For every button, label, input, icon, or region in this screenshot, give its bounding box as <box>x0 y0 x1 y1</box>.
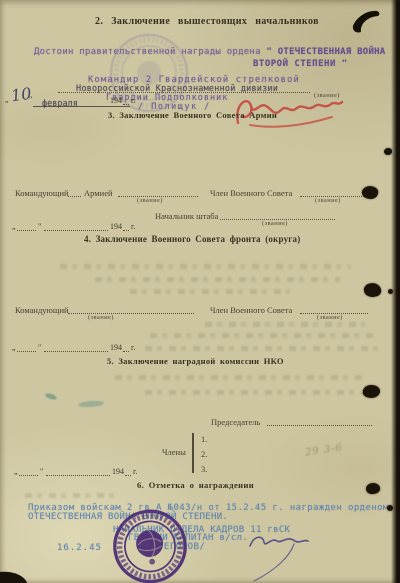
award-sheet-scan: 2. Заключение вышестоящих начальников До… <box>0 0 400 583</box>
dotted-line <box>68 312 194 314</box>
section3-heading: 3. Заключение Военного Совета Армии <box>108 110 277 120</box>
official-seal-icon <box>108 504 192 583</box>
award-line-1: Достоин правительственной награды ордена… <box>34 47 385 57</box>
year-printed: 194 <box>112 467 124 476</box>
dotted-line <box>267 424 372 426</box>
open-quote: „ <box>12 222 16 231</box>
signature-blue <box>238 528 328 583</box>
members-label: Члены <box>162 447 186 457</box>
rank-hint: (звание) <box>317 314 343 321</box>
bleedthrough-line <box>25 493 115 498</box>
rank-hint: (звание) <box>262 220 288 227</box>
rank-hint: (звание) <box>88 314 114 321</box>
stamp-date: 16.2.45 <box>57 543 102 553</box>
section2-heading: 2. Заключение вышестоящих начальников <box>95 16 319 27</box>
members-brace <box>192 433 194 473</box>
close-quote: " <box>40 467 43 476</box>
paper-hole <box>362 384 381 399</box>
bleedthrough-line <box>60 264 350 269</box>
bleedthrough-line <box>115 375 365 380</box>
dotted-line <box>44 350 108 352</box>
bleedthrough-line <box>130 289 290 294</box>
year-printed: 194 <box>110 343 122 352</box>
member-number-1: 1. <box>201 434 207 444</box>
member-number-2: 2. <box>201 449 207 459</box>
close-quote: " <box>38 222 41 231</box>
army-label: Армией <box>84 188 113 198</box>
open-quote: „ <box>14 467 18 476</box>
year-g: г. <box>133 467 137 476</box>
bleedthrough-line <box>145 346 383 351</box>
scan-edge-right <box>391 0 400 583</box>
pencil-note: 29 3-6 <box>304 442 343 458</box>
year-printed: 194 <box>110 222 122 231</box>
scan-edge-corner <box>0 570 28 583</box>
award-line-2: ВТОРОЙ СТЕПЕНИ " <box>253 59 348 69</box>
dotted-line <box>125 474 131 476</box>
dotted-line <box>46 474 110 476</box>
ink-smudge <box>78 400 104 408</box>
chairman-label: Председатель <box>211 417 260 427</box>
typed-month: февраля <box>42 99 78 109</box>
dotted-line <box>123 103 129 105</box>
section5-heading: 5. Заключение наградной комиссии НКО <box>107 356 284 366</box>
rank-hint: (звание) <box>137 197 163 204</box>
award-text: Достоин правительственной награды ордена <box>34 47 261 57</box>
chief-of-staff-label: Начальник штаба <box>155 211 218 221</box>
council-member-label: Член Военного Совета <box>210 188 292 198</box>
close-quote: " <box>38 343 41 352</box>
paper-hole <box>365 482 381 496</box>
bleedthrough-line <box>145 390 365 395</box>
dotted-line <box>68 195 81 197</box>
dotted-line <box>123 229 129 231</box>
open-quote: „ <box>12 343 16 352</box>
year-g: г. <box>131 343 135 352</box>
year-printed: 194 <box>110 96 122 105</box>
bleedthrough-line <box>95 277 340 282</box>
council-member-label: Член Военного Совета <box>210 305 292 315</box>
section6-heading: 6. Отметка о награждении <box>137 480 254 490</box>
year-g: г. <box>131 222 135 231</box>
paper-tear-mark <box>352 10 382 38</box>
paper-hole <box>361 184 380 201</box>
paper-hole <box>363 282 382 299</box>
dotted-line <box>123 350 129 352</box>
section4-heading: 4. Заключение Военного Совета фронта (ок… <box>84 234 300 244</box>
commander-label: Командующий <box>15 305 69 315</box>
dotted-line <box>17 350 36 352</box>
commander-label: Командующий <box>15 188 69 198</box>
year-g: г. <box>131 96 135 105</box>
member-number-3: 3. <box>201 464 207 474</box>
bleedthrough-line <box>150 333 375 338</box>
dotted-line <box>17 229 36 231</box>
ink-smudge <box>45 392 58 400</box>
close-quote: " <box>29 95 32 104</box>
open-quote: „ <box>5 95 9 104</box>
dotted-line <box>44 229 108 231</box>
rank-hint: (звание) <box>315 197 341 204</box>
bleedthrough-line <box>205 322 365 327</box>
award-order-name: " ОТЕЧЕСТВЕННАЯ ВОЙНА <box>266 47 385 57</box>
dotted-line <box>19 474 38 476</box>
